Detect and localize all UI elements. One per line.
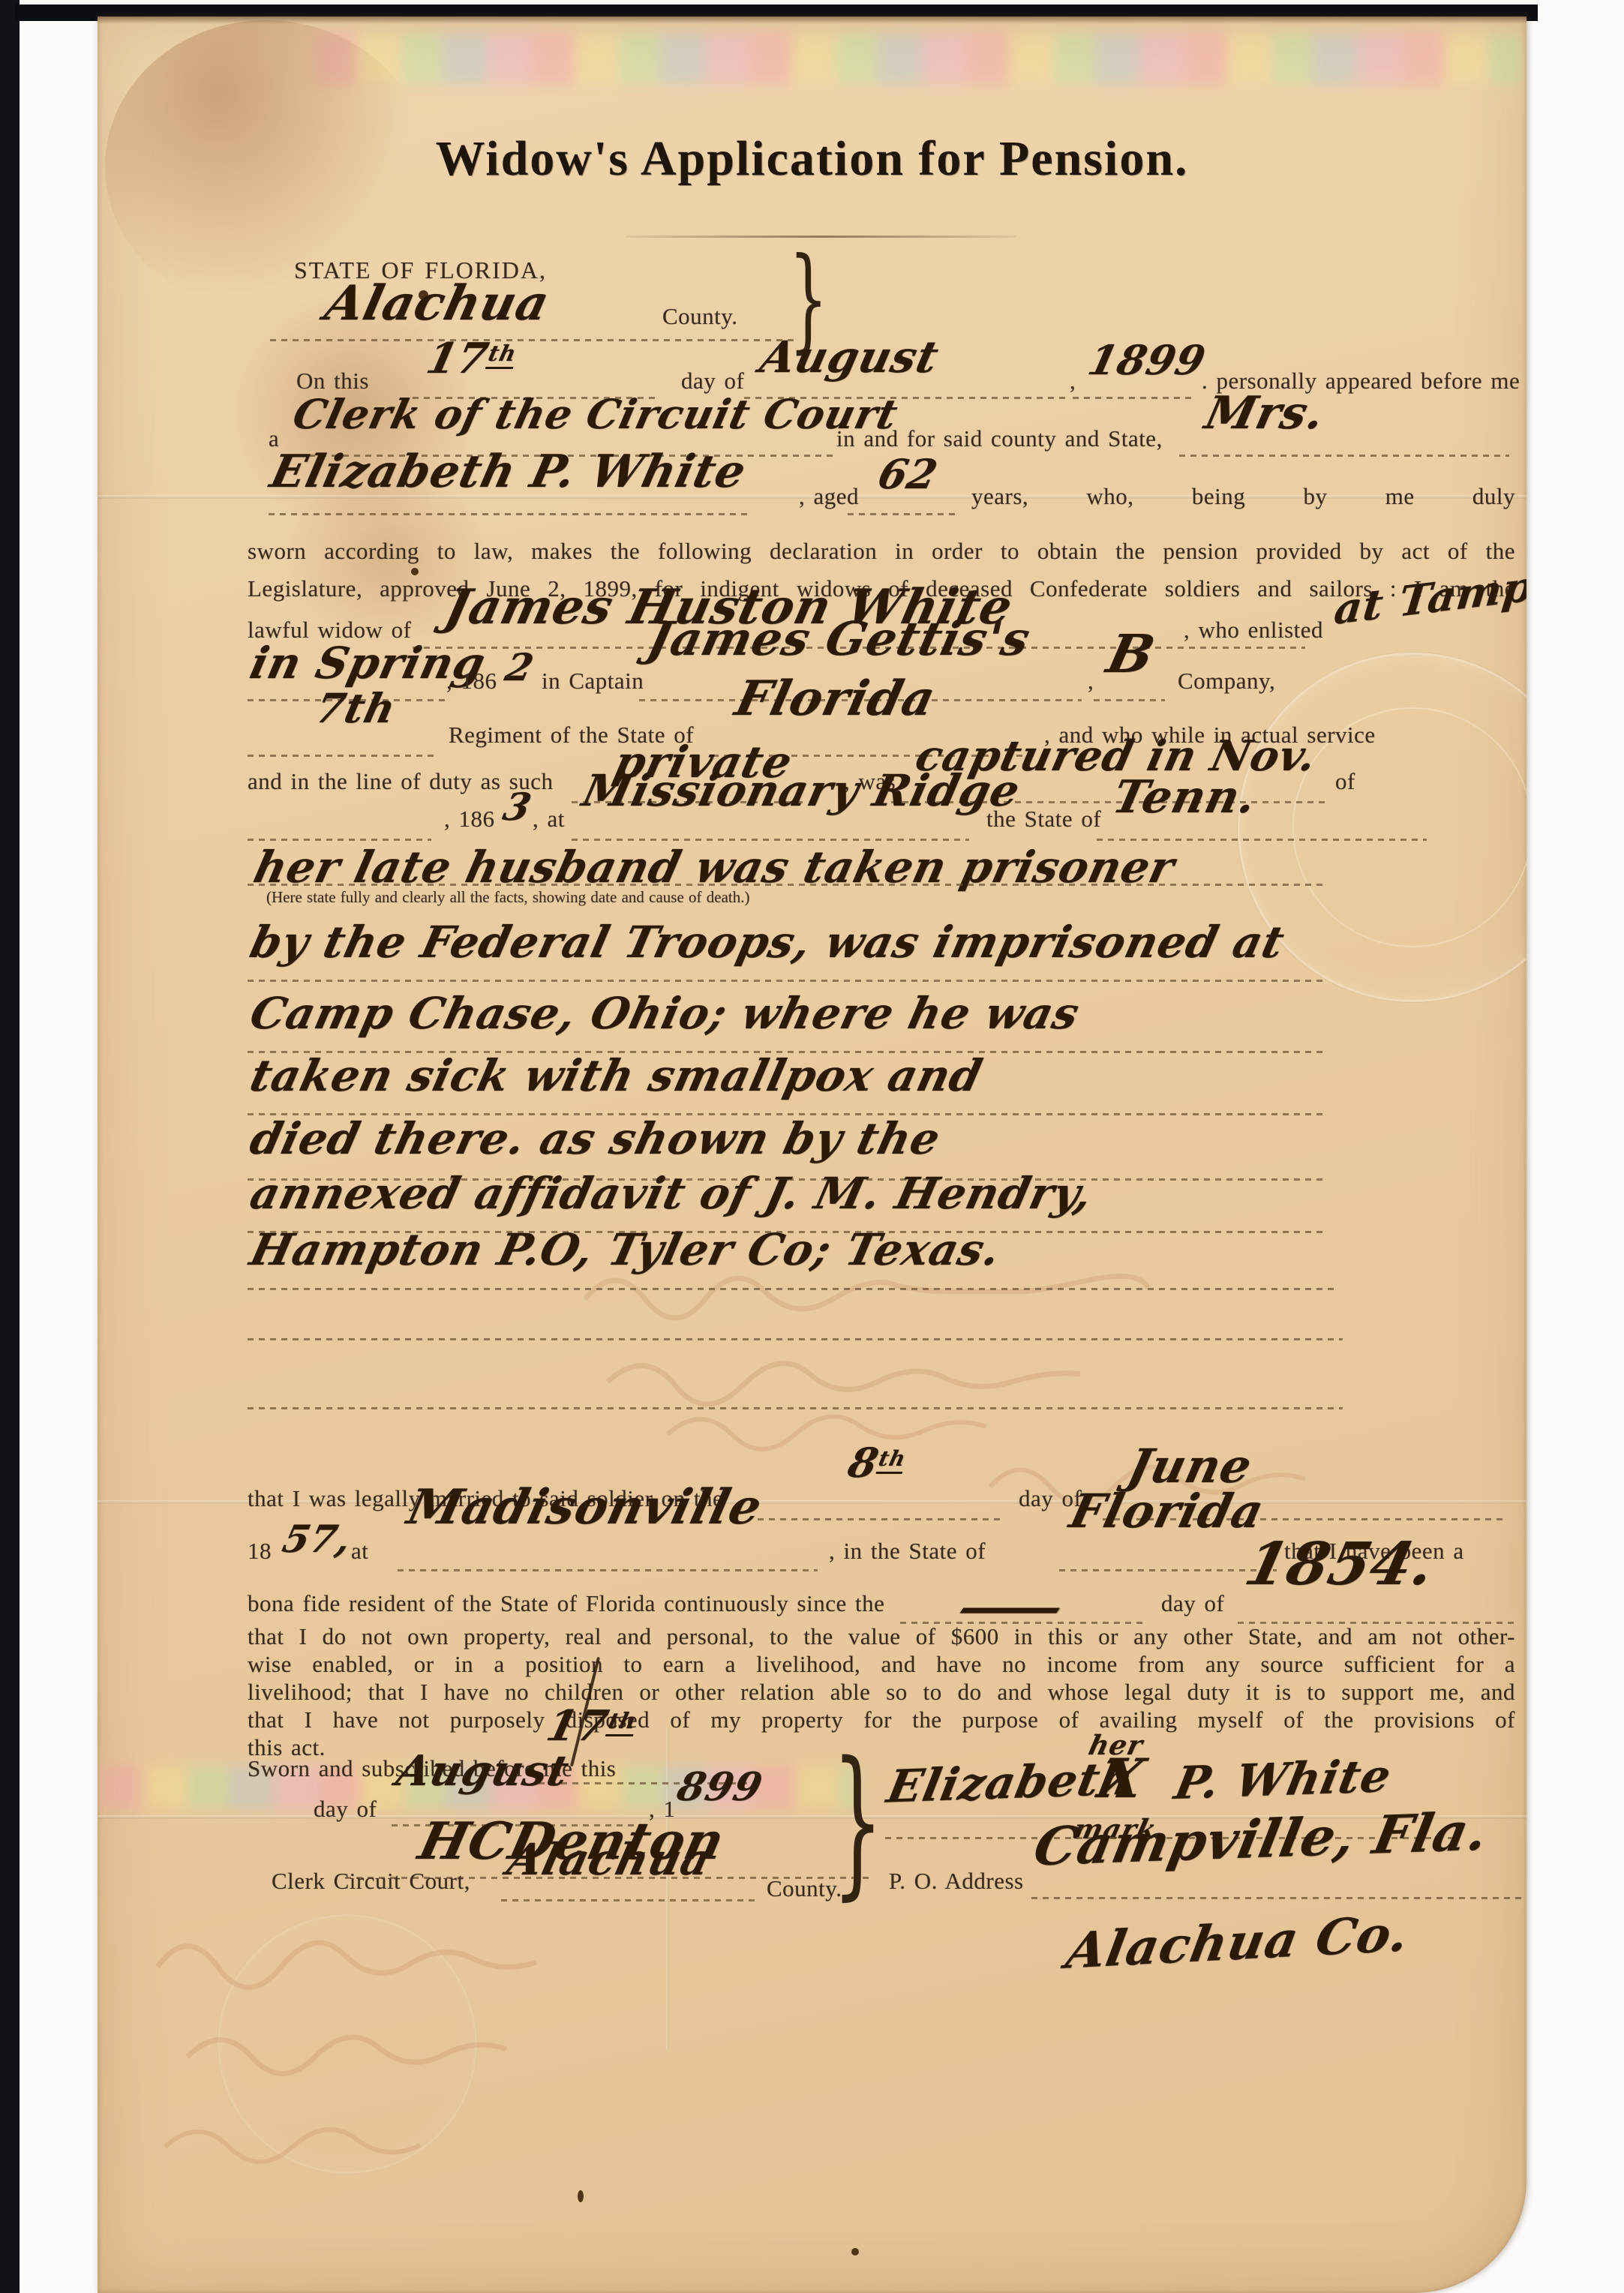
printed-sworn-line: sworn according to law, makes the follow…: [248, 538, 1515, 565]
dotted-line: [270, 339, 795, 341]
ink-speck: [851, 2248, 859, 2255]
month-field-handwritten: August: [755, 332, 944, 383]
printed-who-enlisted: , who enlisted: [1184, 617, 1323, 644]
po-county-handwritten: Alachua Co.: [1062, 1904, 1414, 1979]
printed-in-state-of: , in the State of: [829, 1538, 986, 1565]
widow-name-handwritten: Elizabeth P. White: [266, 446, 751, 498]
dotted-line: [572, 839, 969, 841]
dotted-line: [269, 513, 752, 515]
age-field-handwritten: 62: [874, 450, 943, 498]
death-statement-line3-handwritten: Camp Chase, Ohio; where he was: [245, 988, 1085, 1039]
scanned-pension-document-page: { "header": { "title": "Widow's Applicat…: [0, 0, 1624, 2293]
dotted-line-blank: [248, 1338, 1343, 1340]
printed-18: 18: [248, 1538, 272, 1565]
dotted-line: [398, 1569, 818, 1571]
printed-comma: ,: [1088, 668, 1094, 695]
printed-county: County.: [767, 1875, 842, 1902]
dotted-line: [1094, 699, 1165, 701]
officer-field-handwritten: Clerk of the Circuit Court: [289, 390, 903, 438]
death-statement-line6-handwritten: annexed affidavit of J. M. Hendry,: [245, 1168, 1097, 1219]
dotted-line: [1073, 397, 1196, 399]
capture-state-handwritten: Tenn.: [1108, 771, 1262, 824]
enlist-place-handwritten: at Tampa: [1331, 558, 1526, 635]
dotted-line: [758, 1518, 1005, 1520]
printed-po-address: P. O. Address: [889, 1868, 1024, 1895]
printed-years-line: years, who, being by me duly: [971, 483, 1515, 510]
attest-month-handwritten: August: [392, 1746, 574, 1796]
year-field-handwritten: 1899: [1084, 336, 1211, 384]
bleedthrough-writing: [578, 1254, 1268, 1457]
attest-day-handwritten: 17th: [542, 1701, 641, 1751]
printed-day-of: day of: [1161, 1590, 1224, 1617]
death-statement-line5-handwritten: died there. as shown by the: [245, 1113, 945, 1164]
dotted-line: [248, 980, 1328, 982]
printed-the-state-of: the State of: [986, 806, 1101, 833]
printed-property-para-line3: livelihood; that I have no children or o…: [248, 1679, 1515, 1706]
dotted-line: [248, 755, 439, 757]
form-title: Widow's Application for Pension.: [98, 131, 1526, 188]
mrs-field-handwritten: Mrs.: [1200, 387, 1330, 440]
scanner-edge-left: [0, 0, 20, 2293]
po-address-value-handwritten: Campville, Fla.: [1029, 1800, 1494, 1878]
printed-of: of: [1335, 768, 1355, 795]
printed-property-para-line1: that I do not own property, real and per…: [248, 1623, 1515, 1650]
printed-in-and-for: in and for said county and State,: [836, 425, 1163, 452]
dotted-line: [1031, 1897, 1526, 1899]
printed-in-captain: in Captain: [542, 668, 644, 695]
wedding-day-handwritten: 8th: [844, 1439, 911, 1487]
day-field-handwritten: 17th: [422, 334, 521, 383]
attest-year-handwritten: 899: [673, 1764, 767, 1810]
attest-county-handwritten: Alachua: [503, 1834, 716, 1885]
widow-signature-last-handwritten: P. White: [1170, 1750, 1395, 1810]
printed-clerk-circuit-court: Clerk Circuit Court,: [272, 1868, 470, 1895]
regiment-state-handwritten: Florida: [730, 671, 941, 727]
enlist-year-digit-handwritten: 2: [501, 645, 538, 689]
regiment-number-handwritten: 7th: [311, 684, 401, 732]
printed-at: at: [351, 1538, 368, 1565]
scan-rainbow-artifact-top: [315, 33, 1523, 84]
printed-aged: , aged: [799, 483, 859, 510]
county-label: County.: [662, 303, 738, 330]
printed-resident-line: bona fide resident of the State of Flori…: [248, 1590, 884, 1617]
dotted-line: [248, 839, 431, 841]
dotted-line: [1097, 839, 1427, 841]
dotted-line: [1179, 455, 1509, 457]
bleedthrough-writing: [143, 1907, 683, 2207]
dotted-line-blank: [248, 1407, 1343, 1409]
wedding-place-handwritten: Madisonville: [402, 1479, 767, 1535]
printed-company: Company,: [1178, 668, 1275, 695]
death-statement-line2-handwritten: by the Federal Troops, was imprisoned at: [245, 917, 1289, 968]
county-field-handwritten: Alachua: [320, 275, 554, 332]
dotted-line: [248, 1288, 1335, 1290]
captain-name-handwritten: James Gettis's: [643, 611, 1036, 666]
wedding-state-handwritten: Florida: [1065, 1484, 1270, 1538]
printed-property-para-line2: wise enabled, or in a position to earn a…: [248, 1651, 1515, 1678]
death-statement-line7-handwritten: Hampton P.O, Tyler Co; Texas.: [245, 1224, 1006, 1275]
paper-top-edge: [98, 17, 1526, 24]
wedding-year-handwritten: 57,: [278, 1517, 356, 1561]
since-year-handwritten: 1854.: [1238, 1530, 1441, 1598]
dotted-line: [848, 513, 956, 515]
company-letter-handwritten: B: [1101, 623, 1160, 685]
printed-comma: ,: [1070, 368, 1076, 395]
printed-186b: , 186: [444, 806, 495, 833]
printed-day-of: day of: [314, 1796, 377, 1823]
dotted-line: [501, 1899, 756, 1901]
dotted-line: [1059, 1569, 1277, 1571]
document-paper: Widow's Application for Pension. STATE O…: [98, 17, 1526, 2293]
printed-at: , at: [533, 806, 565, 833]
dotted-line: [248, 884, 1328, 886]
ink-speck: [411, 568, 419, 575]
capture-place-handwritten: Missionary Ridge: [578, 765, 1025, 816]
printed-death-instruction-note: (Here state fully and clearly all the fa…: [266, 888, 750, 907]
attestation-brace: }: [832, 1740, 883, 1901]
death-statement-line4-handwritten: taken sick with smallpox and: [245, 1050, 987, 1101]
printed-186: , 186: [446, 668, 497, 695]
